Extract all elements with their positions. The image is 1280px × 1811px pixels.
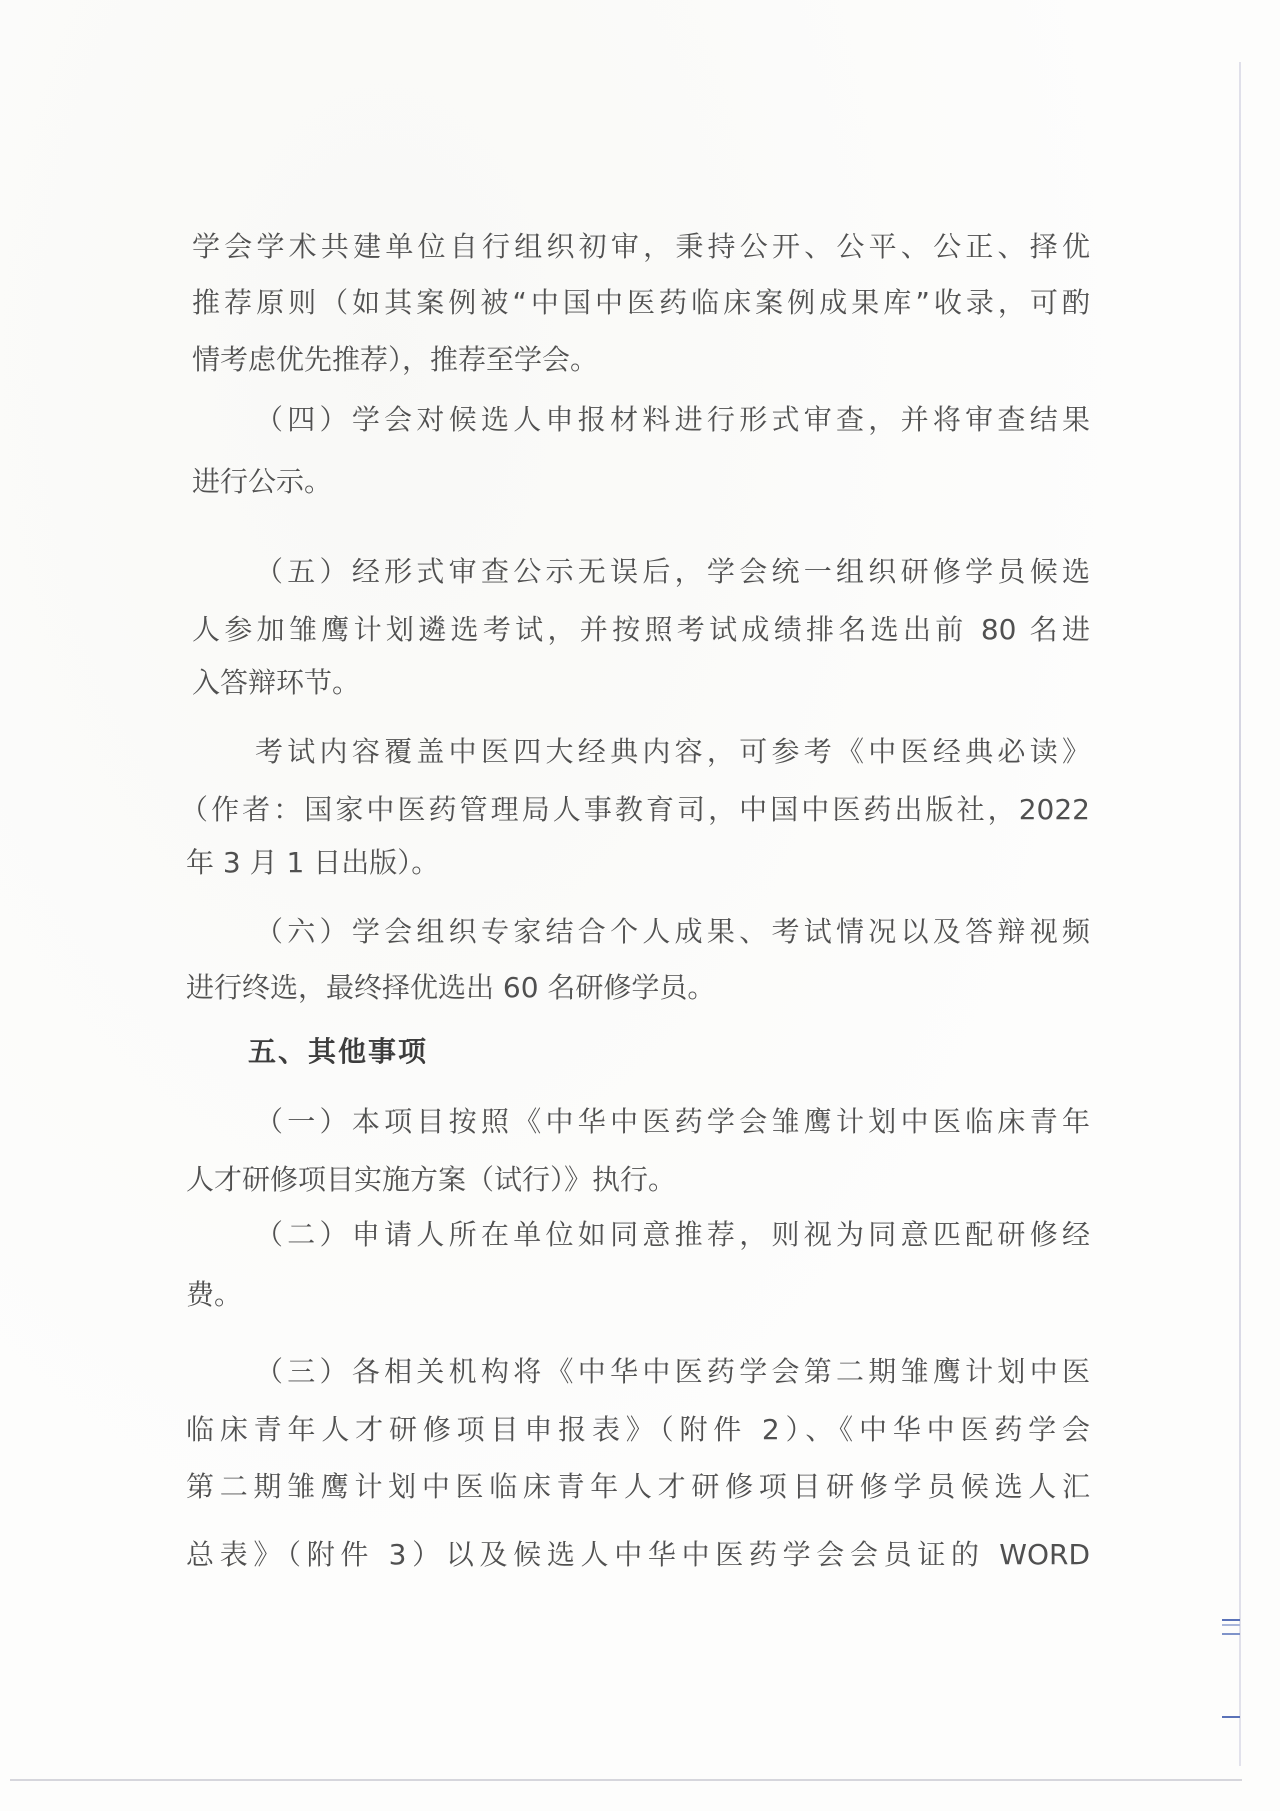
paragraph-line: 人才研修项目实施方案（试行）》执行。 <box>186 1162 1090 1198</box>
paragraph-line: 临床青年人才研修项目申报表》（附件 2）、《中华中医药学会 <box>186 1412 1090 1448</box>
scan-margin-rule-vertical <box>1239 62 1241 1766</box>
paragraph-line: 学会学术共建单位自行组织初审，秉持公开、公平、公正、择优 <box>192 229 1090 265</box>
scanned-document-page: 学会学术共建单位自行组织初审，秉持公开、公平、公正、择优 推荐原则（如其案例被“… <box>0 0 1280 1811</box>
paragraph-line: 人参加雏鹰计划遴选考试，并按照考试成绩排名选出前 80 名进 <box>192 612 1090 648</box>
paragraph-line: 入答辩环节。 <box>192 665 1090 701</box>
scan-tick-mark <box>1222 1633 1240 1635</box>
paragraph-line: （一）本项目按照《中华中医药学会雏鹰计划中医临床青年 <box>255 1104 1090 1140</box>
scan-tick-mark <box>1222 1619 1240 1621</box>
scan-tick-mark <box>1222 1624 1240 1626</box>
scan-tick-mark <box>1222 1716 1240 1718</box>
paragraph-line: 情考虑优先推荐），推荐至学会。 <box>192 342 1090 378</box>
paragraph-line: 进行终选，最终择优选出 60 名研修学员。 <box>186 970 1090 1006</box>
paragraph-line: （六）学会组织专家结合个人成果、考试情况以及答辩视频 <box>255 914 1090 950</box>
paragraph-line: 考试内容覆盖中医四大经典内容，可参考《中医经典必读》 <box>255 734 1090 770</box>
paragraph-line: （五）经形式审查公示无误后，学会统一组织研修学员候选 <box>255 554 1090 590</box>
paragraph-line: 推荐原则（如其案例被“中国中医药临床案例成果库”收录，可酌 <box>192 285 1090 321</box>
paragraph-line: 年 3 月 1 日出版）。 <box>186 845 1090 881</box>
paragraph-line: （四）学会对候选人申报材料进行形式审查，并将审查结果 <box>255 402 1090 438</box>
paragraph-line: 费。 <box>186 1277 1090 1313</box>
paragraph-line: 第二期雏鹰计划中医临床青年人才研修项目研修学员候选人汇 <box>186 1469 1090 1505</box>
paragraph-line: （作者：国家中医药管理局人事教育司，中国中医药出版社，2022 <box>180 792 1090 828</box>
paragraph-line: （二）申请人所在单位如同意推荐，则视为同意匹配研修经 <box>255 1217 1090 1253</box>
section-heading: 五、其他事项 <box>248 1034 428 1070</box>
paragraph-line: 总表》（附件 3）以及候选人中华中医药学会会员证的 WORD <box>186 1537 1090 1573</box>
scan-margin-rule-horizontal <box>10 1779 1242 1781</box>
paragraph-line: 进行公示。 <box>192 464 1090 500</box>
paragraph-line: （三）各相关机构将《中华中医药学会第二期雏鹰计划中医 <box>255 1354 1090 1390</box>
